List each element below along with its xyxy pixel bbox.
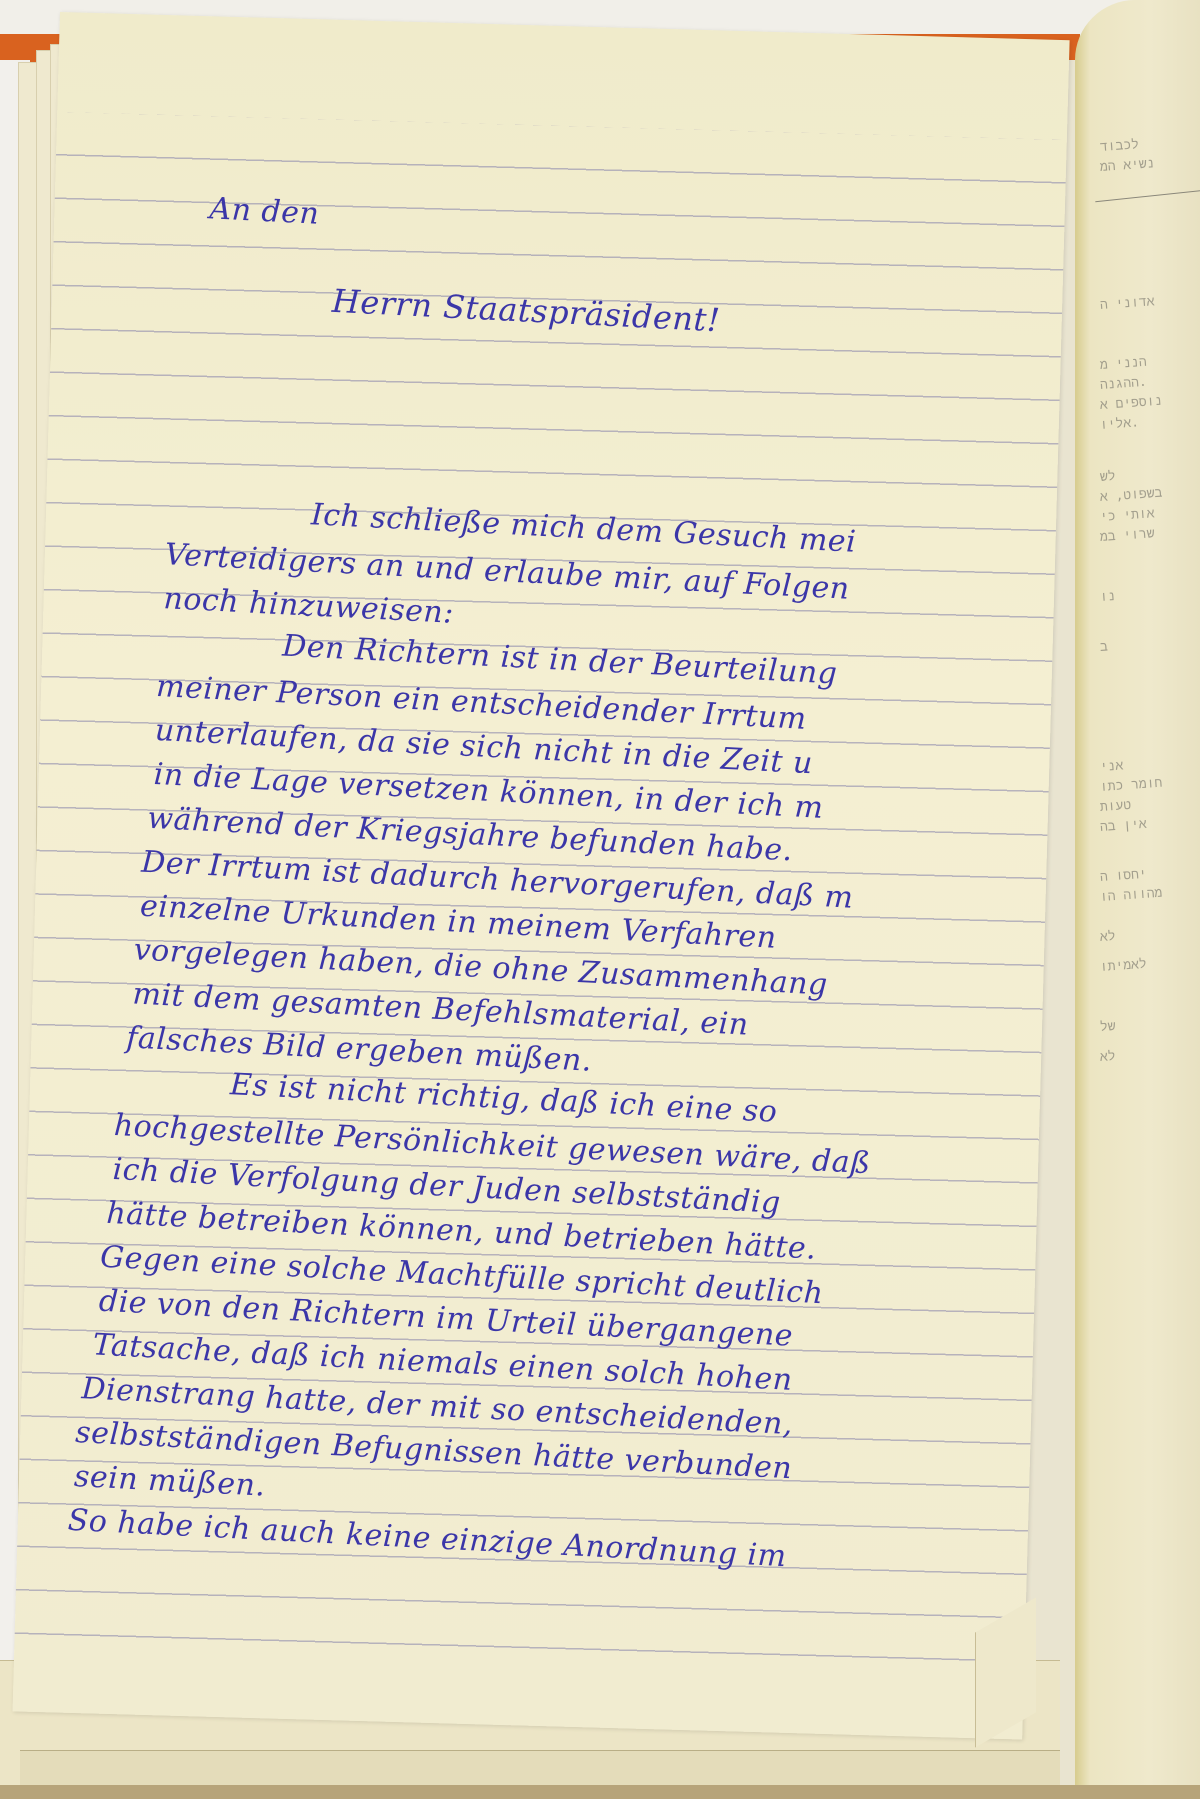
typed-text-line: לכבוד bbox=[1099, 137, 1139, 155]
letter-body: An den Herrn Staatspräsident! Ich schlie… bbox=[13, 12, 1070, 1740]
letter-line: So habe ich auch keine einzige Anordnung… bbox=[67, 1503, 787, 1574]
typed-text-line: ההגנה. bbox=[1099, 375, 1147, 393]
adjacent-typed-page: לכבוד נשיא המ אדוני ה הנני מ ההגנה. נוספ… bbox=[1075, 0, 1200, 1799]
typed-text-line: ב bbox=[1099, 639, 1108, 655]
typed-text-line: לא bbox=[1099, 1049, 1116, 1065]
letter-line: sein müßen. bbox=[73, 1459, 266, 1504]
page-stack-bottom-edge bbox=[0, 1785, 1200, 1799]
typed-text-line: לש bbox=[1099, 469, 1116, 485]
typed-text-line: טעות bbox=[1099, 798, 1131, 815]
letter-line: noch hinzuweisen: bbox=[163, 581, 455, 631]
typed-text-line: נוספים א bbox=[1099, 394, 1162, 413]
typed-text-line: אליו. bbox=[1099, 415, 1139, 433]
typed-text-line: בשפוט, א bbox=[1099, 486, 1162, 505]
typed-text-line: מהווה הו bbox=[1099, 886, 1162, 905]
typed-underline bbox=[1095, 189, 1200, 203]
salutation-line-1: An den bbox=[209, 191, 320, 232]
typed-text-line: אותי כי bbox=[1099, 506, 1155, 525]
typed-text-line: לא bbox=[1099, 929, 1116, 945]
handwritten-letter-sheet: An den Herrn Staatspräsident! Ich schlie… bbox=[13, 12, 1070, 1740]
typed-text-line: של bbox=[1099, 1019, 1116, 1035]
typed-text-line: אין בה bbox=[1099, 817, 1147, 835]
typed-text-line: לאמיתו bbox=[1099, 957, 1147, 975]
typed-text-line: אני bbox=[1099, 758, 1123, 775]
typed-text-line: שרוי במ bbox=[1099, 526, 1155, 545]
typed-text-line: יחסו ה bbox=[1099, 867, 1147, 885]
typed-text-line: אדוני ה bbox=[1099, 294, 1155, 313]
typed-text-line: נו bbox=[1099, 589, 1116, 605]
typed-text-line: חומר כתו bbox=[1099, 776, 1162, 795]
salutation-line-2: Herrn Staatspräsident! bbox=[331, 282, 721, 340]
typed-text-line: הנני מ bbox=[1099, 355, 1147, 373]
typed-text-line: נשיא המ bbox=[1099, 156, 1155, 175]
